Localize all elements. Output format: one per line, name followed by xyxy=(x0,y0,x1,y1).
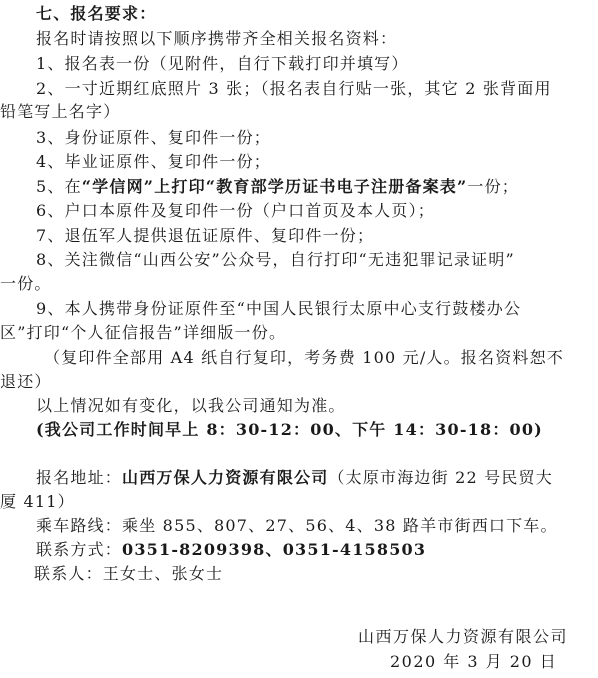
list-item-continuation: 铅笔写上名字） xyxy=(0,102,120,122)
company-name: 山西万保人力资源有限公司 xyxy=(122,468,328,487)
list-item: 2、一寸近期红底照片 3 张；（报名表自行贴一张，其它 2 张背面用 xyxy=(36,79,552,99)
list-item-prefix: 5、在 xyxy=(36,177,82,196)
note-text: （复印件全部用 A4 纸自行复印，考务费 100 元/人。报名资料恕不 xyxy=(44,348,564,368)
list-item-continuation: 区”打印“个人征信报告”详细版一份。 xyxy=(0,323,286,343)
address-continuation: 厦 411） xyxy=(0,492,75,512)
list-item: 9、本人携带身份证原件至“中国人民银行太原中心支行鼓楼办公 xyxy=(36,299,521,319)
change-notice: 以上情况如有变化，以我公司通知为准。 xyxy=(36,396,346,416)
signature-company: 山西万保人力资源有限公司 xyxy=(358,627,568,647)
list-item-suffix: 一份； xyxy=(467,177,519,196)
list-item: 7、退伍军人提供退伍证原件、复印件一份； xyxy=(36,226,374,246)
contact-label: 联系方式： xyxy=(36,540,122,559)
list-item: 4、毕业证原件、复印件一份； xyxy=(36,152,271,172)
note-continuation: 退还） xyxy=(0,372,52,392)
section-heading: 七、报名要求： xyxy=(36,4,156,24)
bus-route: 乘车路线：乘坐 855、807、27、56、4、38 路羊市街西口下车。 xyxy=(36,516,558,536)
list-item: 5、在“学信网”上打印“教育部学历证书电子注册备案表”一份； xyxy=(36,177,519,197)
contact-line: 联系方式：0351-8209398、0351-4158503 xyxy=(36,540,426,560)
list-item: 6、户口本原件及复印件一份（户口首页及本人页）； xyxy=(36,201,435,221)
contact-person: 联系人：王女士、张女士 xyxy=(34,564,223,584)
working-hours: (我公司工作时间早上 8：30-12：00、下午 14：30-18：00) xyxy=(36,420,543,440)
list-item-continuation: 一份。 xyxy=(0,274,52,294)
list-item: 8、关注微信“山西公安”公众号，自行打印“无违犯罪记录证明” xyxy=(36,250,515,270)
signature-date: 2020 年 3 月 20 日 xyxy=(390,652,557,672)
address-line: 报名地址：山西万保人力资源有限公司（太原市海边街 22 号民贸大 xyxy=(36,468,553,488)
address-detail: （太原市海边街 22 号民贸大 xyxy=(328,468,553,487)
list-item: 1、报名表一份（见附件，自行下载打印并填写） xyxy=(36,54,409,74)
intro-text: 报名时请按照以下顺序携带齐全相关报名资料： xyxy=(36,29,397,49)
list-item: 3、身份证原件、复印件一份； xyxy=(36,128,271,148)
contact-phones: 0351-8209398、0351-4158503 xyxy=(122,540,426,559)
address-label: 报名地址： xyxy=(36,468,122,487)
list-item-bold: “学信网”上打印“教育部学历证书电子注册备案表” xyxy=(82,177,468,196)
